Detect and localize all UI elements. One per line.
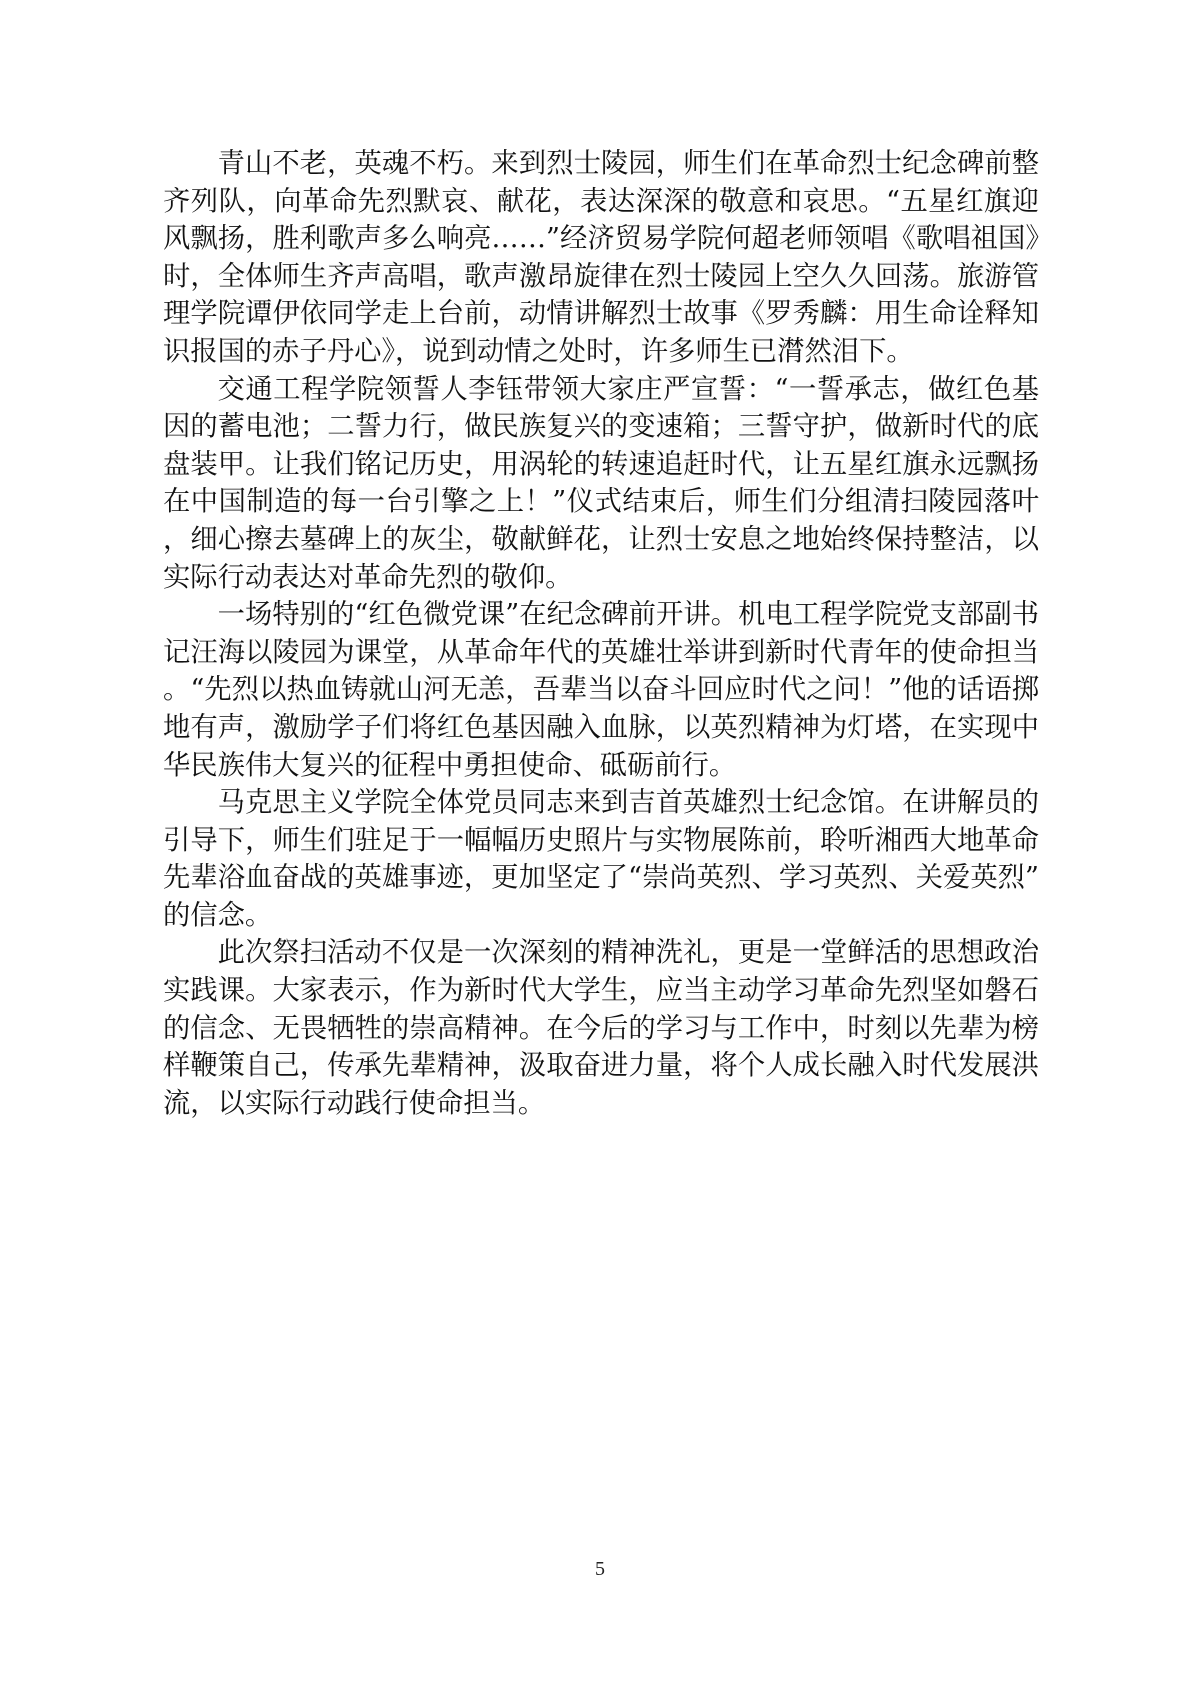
- paragraph-conclusion: 此次祭扫活动不仅是一次深刻的精神洗礼，更是一堂鲜活的思想政治实践课。大家表示，作…: [163, 934, 1039, 1122]
- paragraph-memorial-ceremony: 青山不老，英魂不朽。来到烈士陵园，师生们在革命烈士纪念碑前整齐列队，向革命先烈默…: [163, 145, 1039, 371]
- paragraph-memorial-hall-visit: 马克思主义学院全体党员同志来到吉首英雄烈士纪念馆。在讲解员的引导下，师生们驻足于…: [163, 784, 1039, 934]
- page-number: 5: [0, 1558, 1200, 1581]
- document-page: 青山不老，英魂不朽。来到烈士陵园，师生们在革命烈士纪念碑前整齐列队，向革命先烈默…: [0, 0, 1200, 1697]
- body-text: 青山不老，英魂不朽。来到烈士陵园，师生们在革命烈士纪念碑前整齐列队，向革命先烈默…: [163, 145, 1039, 1122]
- paragraph-party-lecture: 一场特别的“红色微党课”在纪念碑前开讲。机电工程学院党支部副书记汪海以陵园为课堂…: [163, 596, 1039, 784]
- paragraph-oath: 交通工程学院领誓人李钰带领大家庄严宣誓：“一誓承志，做红色基因的蓄电池；二誓力行…: [163, 371, 1039, 597]
